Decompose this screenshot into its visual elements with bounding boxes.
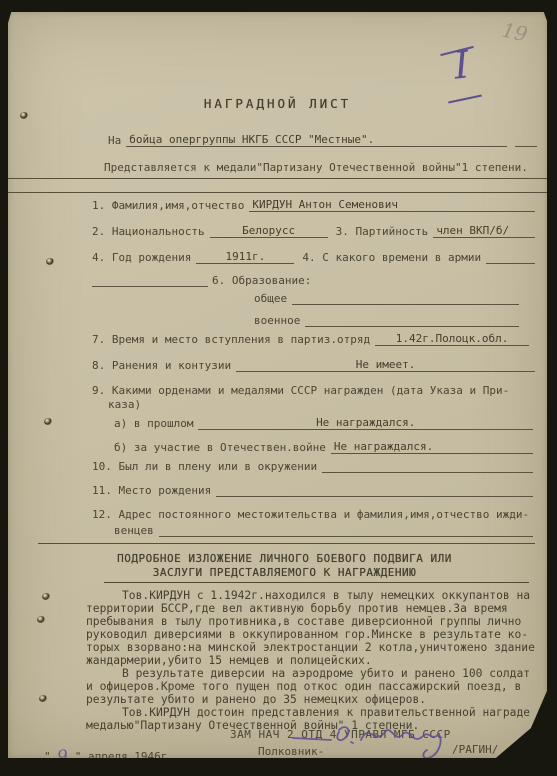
- continuation-rule: [92, 286, 208, 287]
- horizontal-rule: [8, 192, 547, 193]
- header-line-recipient: На бойца опергруппы НКГБ СССР "Местные".: [108, 133, 537, 147]
- field-nationality-label: 2. Национальность: [92, 225, 205, 238]
- document-date: " 9 " апреля 1946г.: [44, 745, 174, 765]
- date-month-year: апреля 1946г.: [88, 750, 174, 763]
- field-birthyear-value: 1911г.: [196, 250, 294, 264]
- awards-past-label: а) в прошлом: [114, 417, 193, 430]
- awards-question-text2: каза): [108, 398, 141, 411]
- field-name-value: КИРДУН Антон Семенович: [249, 198, 535, 212]
- field-education-label: 6. Образование:: [212, 274, 311, 287]
- punch-hole: [44, 418, 52, 425]
- description-heading-line2: ЗАСЛУГИ ПРЕДСТАВЛЯЕМОГО К НАГРАЖДЕНИЮ: [48, 566, 521, 580]
- field-address-line2: венцев: [114, 524, 533, 537]
- header-line-medal: Представляется к медали"Партизану Отечес…: [104, 161, 543, 174]
- field-party-value: член ВКП/б/: [433, 224, 535, 238]
- education-military-value: [305, 326, 519, 327]
- trailing-rule: [515, 146, 537, 147]
- field-army-since-value: [486, 263, 535, 264]
- description-heading-rule: [104, 582, 529, 583]
- awards-war-label: б) за участие в Отечествен.войне: [114, 441, 326, 454]
- field-awards-past: а) в прошлом Не награждался.: [114, 416, 533, 430]
- handwritten-day: 9: [56, 746, 69, 767]
- education-general-value: [292, 304, 519, 305]
- description-paragraph-2: В результате диверсии на аэродроме убито…: [86, 667, 538, 706]
- punch-hole: [42, 593, 50, 600]
- wounds-value: Не имеет.: [236, 358, 535, 372]
- description-heading: ПОДРОБНОЕ ИЗЛОЖЕНИЕ ЛИЧНОГО БОЕВОГО ПОДВ…: [48, 552, 521, 579]
- description-body: Тов.КИРДУН с 1.1942г.находился в тылу не…: [86, 589, 538, 732]
- field-army-since-label: 4. С какого времени в армии: [302, 251, 481, 264]
- date-close-quote: ": [75, 750, 82, 763]
- awards-past-value: Не награждался.: [198, 416, 533, 430]
- field-birthyear-label: 4. Год рождения: [92, 251, 191, 264]
- medal-line-text: Представляется к медали"Партизану Отечес…: [104, 161, 528, 174]
- award-sheet-document: 19 I НАГРАДНОЙ ЛИСТ На бойца опергруппы …: [8, 12, 547, 758]
- address-label-text1: 12. Адрес постоянного местожительства и …: [92, 508, 529, 521]
- screenshot-root: { "page": { "corner_number": "19", "corn…: [0, 0, 557, 776]
- horizontal-rule: [38, 543, 535, 544]
- field-captivity: 10. Был ли в плену или в окружении: [92, 460, 533, 473]
- document-title: НАГРАДНОЙ ЛИСТ: [8, 96, 547, 111]
- field-army-continuation: 6. Образование:: [92, 274, 417, 287]
- description-paragraph-1: Тов.КИРДУН с 1.1942г.находился в тылу не…: [86, 589, 538, 667]
- field-party-label: 3. Партийность: [336, 225, 429, 238]
- field-nationality-party: 2. Национальность Белорусс 3. Партийност…: [92, 224, 535, 238]
- date-open-quote: ": [44, 750, 51, 763]
- field-awards-question-line1: 9. Какими орденами и медалями СССР награ…: [92, 384, 535, 397]
- partisan-join-label: 7. Время и место вступления в партиз.отр…: [92, 333, 370, 346]
- field-nationality-value: Белорусс: [210, 224, 328, 238]
- punch-hole: [46, 258, 54, 265]
- recipient-value: бойца опергруппы НКГБ СССР "Местные".: [126, 133, 507, 147]
- field-name: 1. Фамилия,имя,отчество КИРДУН Антон Сем…: [92, 198, 535, 212]
- field-name-label: 1. Фамилия,имя,отчество: [92, 199, 244, 212]
- punch-hole: [37, 616, 45, 623]
- field-address-line1: 12. Адрес постоянного местожительства и …: [92, 508, 533, 521]
- wounds-label: 8. Ранения и контузии: [92, 359, 231, 372]
- handwritten-page-number: 19: [500, 18, 530, 47]
- birthplace-label: 11. Место рождения: [92, 484, 211, 497]
- description-heading-line1: ПОДРОБНОЕ ИЗЛОЖЕНИЕ ЛИЧНОГО БОЕВОГО ПОДВ…: [48, 552, 521, 566]
- field-education-military: военное: [254, 314, 519, 327]
- signature-ink: [291, 716, 461, 762]
- birthplace-value: [216, 496, 533, 497]
- partisan-join-value: 1.42г.Полоцк.обл.: [375, 332, 529, 346]
- awards-question-text1: 9. Какими орденами и медалями СССР награ…: [92, 384, 509, 397]
- awards-war-value: Не награждался.: [331, 440, 533, 454]
- field-awards-war: б) за участие в Отечествен.войне Не нагр…: [114, 440, 533, 454]
- punch-hole: [39, 695, 47, 702]
- field-partisan-join: 7. Время и место вступления в партиз.отр…: [92, 332, 529, 346]
- field-awards-question-line2: каза): [108, 398, 535, 411]
- address-value: [159, 536, 533, 537]
- education-general-label: общее: [254, 292, 287, 305]
- field-wounds: 8. Ранения и контузии Не имеет.: [92, 358, 535, 372]
- captivity-value: [322, 472, 533, 473]
- captivity-label: 10. Был ли в плену или в окружении: [92, 460, 317, 473]
- field-birthyear-army: 4. Год рождения 1911г. 4. С какого време…: [92, 250, 535, 264]
- education-military-label: военное: [254, 314, 300, 327]
- horizontal-rule: [8, 178, 547, 179]
- field-education-general: общее: [254, 292, 519, 305]
- recipient-label: На: [108, 134, 121, 147]
- address-label-text2: венцев: [114, 524, 154, 537]
- punch-hole: [20, 112, 28, 119]
- field-birthplace: 11. Место рождения: [92, 484, 533, 497]
